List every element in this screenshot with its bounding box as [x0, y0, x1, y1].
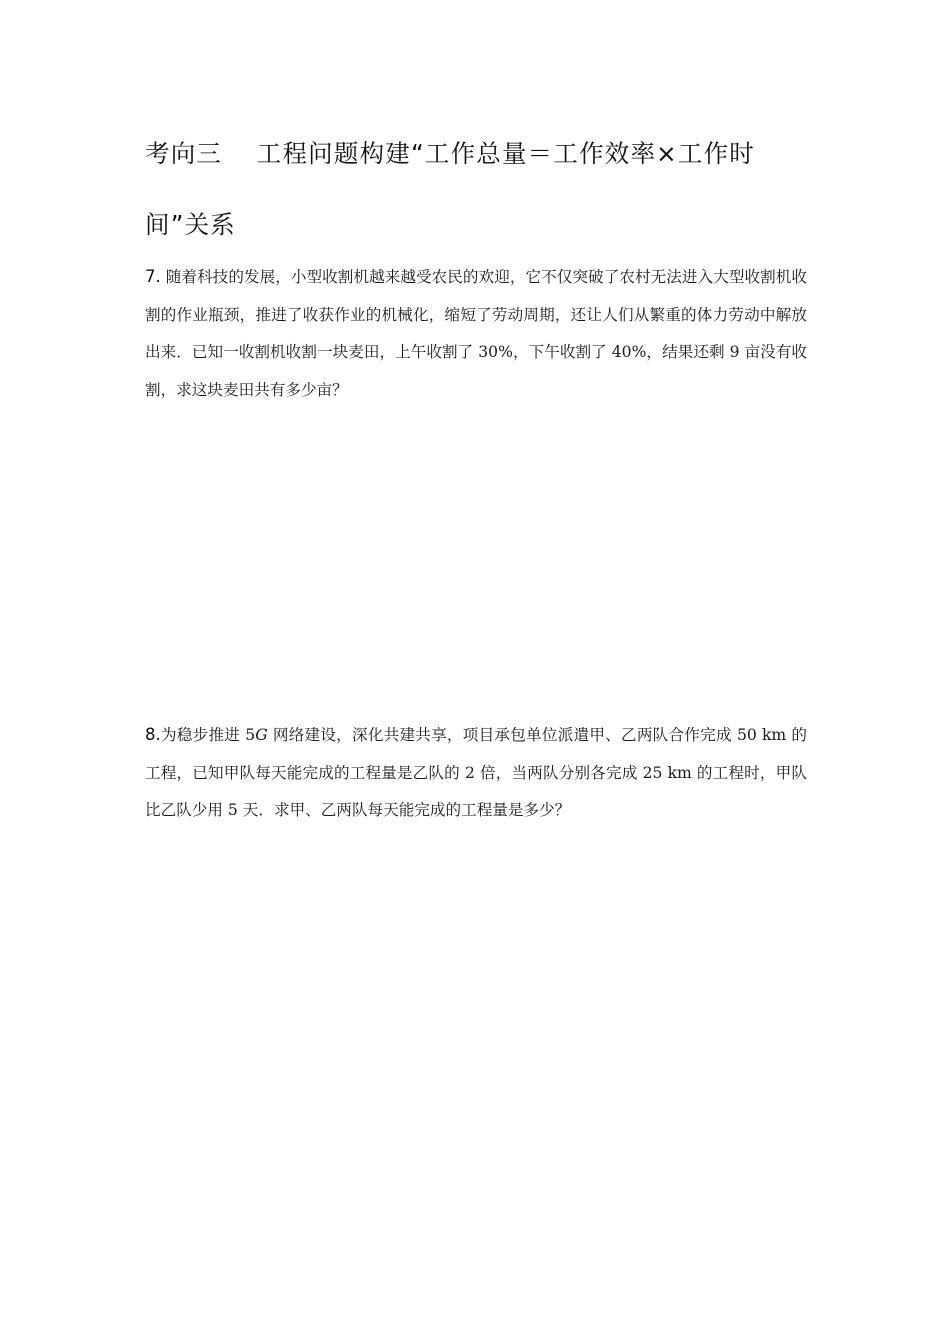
section-heading: 考向三 工程问题构建“工作总量＝工作效率×工作时间”关系: [145, 118, 813, 260]
problem-7: 7. 随着科技的发展，小型收割机越来越受农民的欢迎，它不仅突破了农村无法进入大型…: [145, 258, 807, 409]
problem-number: 8.: [145, 725, 161, 744]
problem-text-before: 为稳步推进 5: [161, 726, 255, 744]
problem-8: 8.为稳步推进 5G 网络建设，深化共建共享，项目承包单位派遣甲、乙两队合作完成…: [145, 716, 807, 830]
problem-number: 7.: [145, 267, 161, 286]
problem-text-italic: G: [255, 726, 267, 744]
problem-text: 随着科技的发展，小型收割机越来越受农民的欢迎，它不仅突破了农村无法进入大型收割机…: [145, 268, 807, 399]
